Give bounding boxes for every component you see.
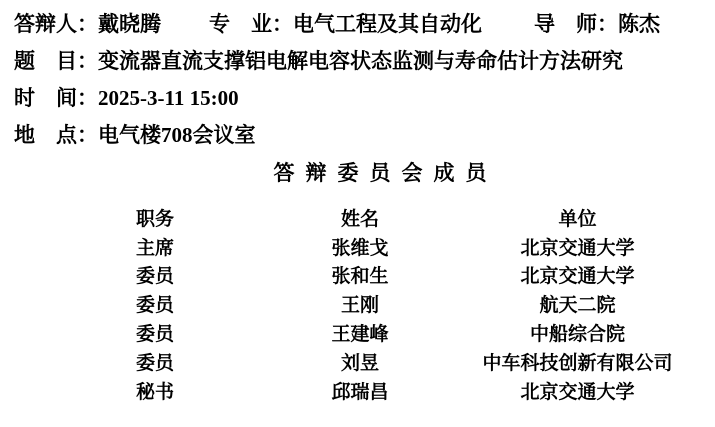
column-header-role: 职务 (30, 204, 280, 231)
table-row: 主席 张维戈 北京交通大学 (30, 232, 715, 261)
table-row: 委员 王刚 航天二院 (30, 289, 715, 318)
info-line-location: 地 点：电气楼708会议室 (14, 117, 709, 154)
member-role: 委员 (30, 261, 280, 288)
table-row: 委员 王建峰 中船综合院 (30, 318, 715, 347)
major-pair: 专 业：电气工程及其自动化 (209, 12, 482, 36)
member-name: 张维戈 (280, 233, 440, 260)
member-org: 北京交通大学 (440, 377, 715, 404)
column-header-org: 单位 (440, 204, 715, 231)
defender-label: 答辩人： (14, 12, 98, 36)
time-label: 时 间： (14, 86, 98, 110)
major-value: 电气工程及其自动化 (293, 12, 482, 36)
committee-table: 职务 姓名 单位 主席 张维戈 北京交通大学 委员 张和生 北京交通大学 委员 … (0, 203, 715, 405)
member-role: 委员 (30, 348, 280, 375)
defender-pair: 答辩人：戴晓腾 (14, 12, 161, 36)
member-name: 王刚 (280, 290, 440, 317)
advisor-label: 导 师： (534, 12, 618, 36)
info-line-defender-major-advisor: 答辩人：戴晓腾专 业：电气工程及其自动化导 师：陈杰 (14, 6, 709, 43)
location-pair: 地 点：电气楼708会议室 (14, 123, 256, 147)
table-row: 委员 刘昱 中车科技创新有限公司 (30, 347, 715, 376)
member-name: 张和生 (280, 261, 440, 288)
advisor-value: 陈杰 (618, 12, 660, 36)
location-label: 地 点： (14, 123, 98, 147)
member-role: 委员 (30, 319, 280, 346)
info-line-title: 题 目：变流器直流支撑铝电解电容状态监测与寿命估计方法研究 (14, 43, 709, 80)
table-row: 委员 张和生 北京交通大学 (30, 261, 715, 290)
member-role: 秘书 (30, 377, 280, 404)
info-line-time: 时 间：2025-3-11 15:00 (14, 80, 709, 117)
member-role: 主席 (30, 233, 280, 260)
member-name: 王建峰 (280, 319, 440, 346)
member-org: 北京交通大学 (440, 233, 715, 260)
defender-value: 戴晓腾 (98, 12, 161, 36)
defense-announcement-page: 答辩人：戴晓腾专 业：电气工程及其自动化导 师：陈杰 题 目：变流器直流支撑铝电… (0, 0, 715, 427)
member-org: 中船综合院 (440, 319, 715, 346)
title-label: 题 目： (14, 49, 98, 73)
member-name: 刘昱 (280, 348, 440, 375)
table-row: 秘书 邱瑞昌 北京交通大学 (30, 376, 715, 405)
member-org: 航天二院 (440, 290, 715, 317)
advisor-pair: 导 师：陈杰 (534, 12, 660, 36)
member-name: 邱瑞昌 (280, 377, 440, 404)
major-label: 专 业： (209, 12, 293, 36)
thesis-title: 变流器直流支撑铝电解电容状态监测与寿命估计方法研究 (98, 49, 623, 73)
committee-heading: 答辩委员会成员 (0, 160, 715, 187)
time-value: 2025-3-11 15:00 (98, 86, 239, 110)
member-role: 委员 (30, 290, 280, 317)
member-org: 中车科技创新有限公司 (440, 348, 715, 375)
table-header-row: 职务 姓名 单位 (30, 203, 715, 232)
member-org: 北京交通大学 (440, 261, 715, 288)
location-value: 电气楼708会议室 (98, 123, 256, 147)
column-header-name: 姓名 (280, 204, 440, 231)
title-pair: 题 目：变流器直流支撑铝电解电容状态监测与寿命估计方法研究 (14, 49, 623, 73)
time-pair: 时 间：2025-3-11 15:00 (14, 86, 239, 110)
defense-info-block: 答辩人：戴晓腾专 业：电气工程及其自动化导 师：陈杰 题 目：变流器直流支撑铝电… (14, 6, 709, 154)
